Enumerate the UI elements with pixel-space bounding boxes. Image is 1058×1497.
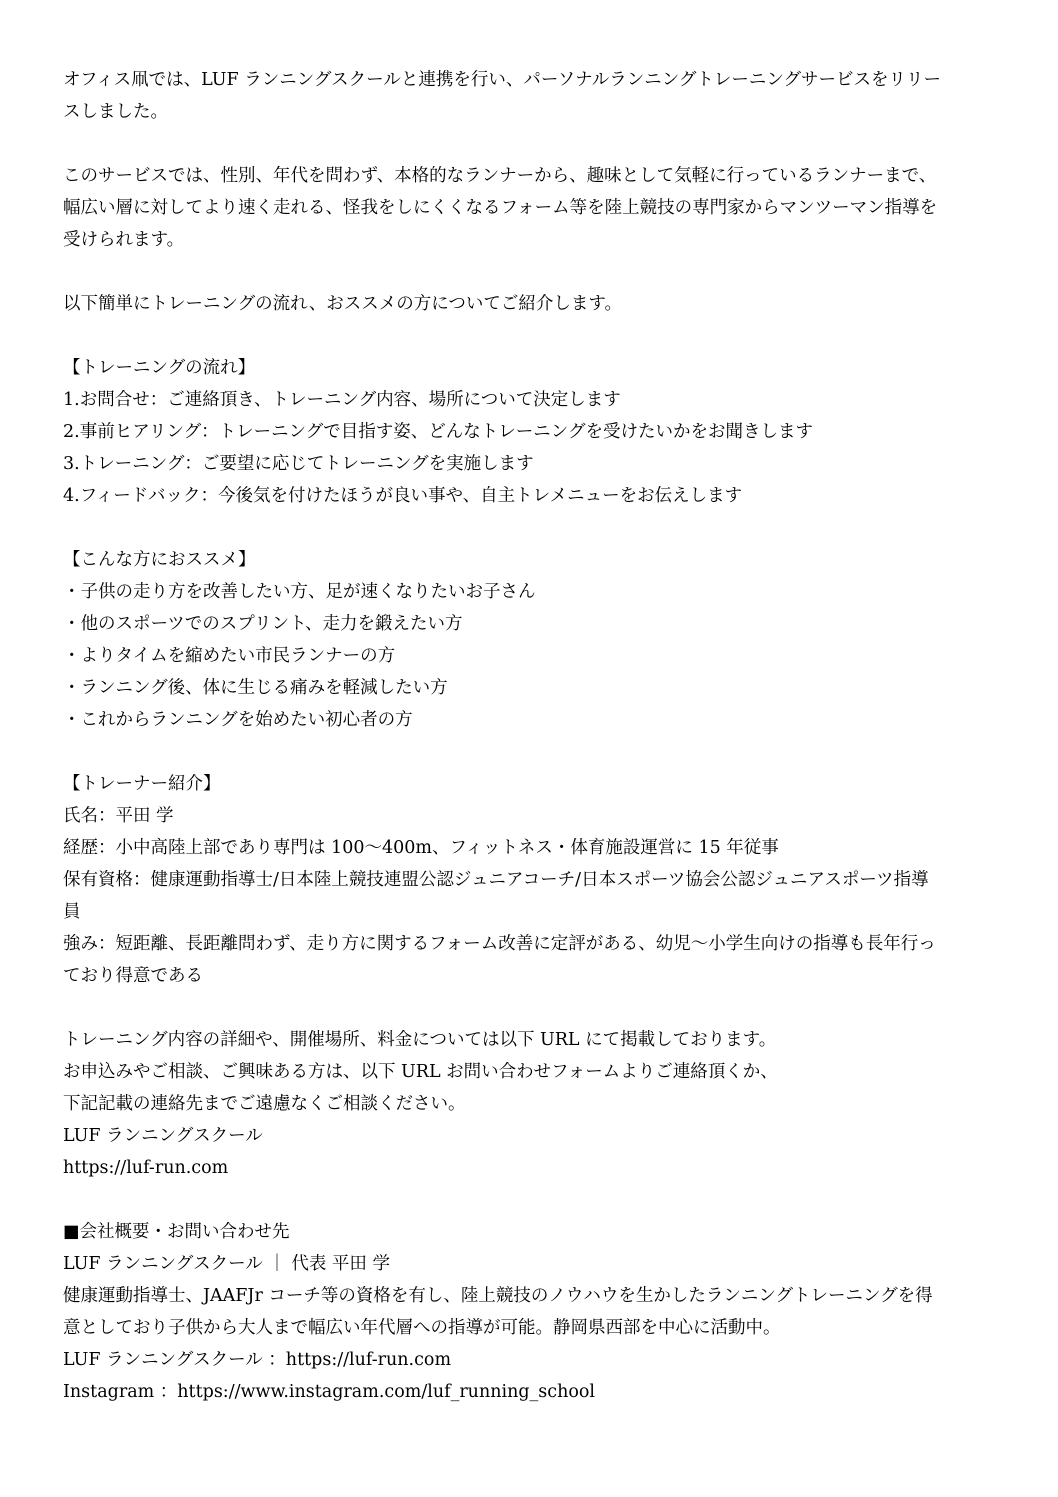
section-heading: 【トレーニングの流れ】 xyxy=(63,352,998,384)
flow-step: 1.お問合せ：ご連絡頂き、トレーニング内容、場所について決定します xyxy=(63,384,998,416)
lead-text: 以下簡単にトレーニングの流れ、おススメの方についてご紹介します。 xyxy=(63,288,998,320)
company-description: 意としており子供から大人まで幅広い年代層への指導が可能。静岡県西部を中心に活動中… xyxy=(63,1312,998,1344)
trainer-qualifications: 保有資格：健康運動指導士/日本陸上競技連盟公認ジュニアコーチ/日本スポーツ協会公… xyxy=(63,864,998,896)
recommend-item: ・他のスポーツでのスプリント、走力を鍛えたい方 xyxy=(63,608,998,640)
training-flow-section: 【トレーニングの流れ】 1.お問合せ：ご連絡頂き、トレーニング内容、場所について… xyxy=(63,352,998,512)
recommend-item: ・子供の走り方を改善したい方、足が速くなりたいお子さん xyxy=(63,576,998,608)
intro-line: オフィス凧では、LUF ランニングスクールと連携を行い、パーソナルランニングトレ… xyxy=(63,64,998,96)
section-heading: ■会社概要・お問い合わせ先 xyxy=(63,1216,998,1248)
flow-step: 3.トレーニング：ご要望に応じてトレーニングを実施します xyxy=(63,448,998,480)
spacer xyxy=(63,128,998,160)
trainer-strengths: ており得意である xyxy=(63,960,998,992)
document-page: オフィス凧では、LUF ランニングスクールと連携を行い、パーソナルランニングトレ… xyxy=(63,64,998,1408)
service-line: 受けられます。 xyxy=(63,224,998,256)
contact-line: 下記記載の連絡先までご遠慮なくご相談ください。 xyxy=(63,1088,998,1120)
contact-line: お申込みやご相談、ご興味ある方は、以下 URL お問い合わせフォームよりご連絡頂… xyxy=(63,1056,998,1088)
school-name: LUF ランニングスクール xyxy=(63,1120,998,1152)
service-line: このサービスでは、性別、年代を問わず、本格的なランナーから、趣味として気軽に行っ… xyxy=(63,160,998,192)
recommend-item: ・よりタイムを縮めたい市民ランナーの方 xyxy=(63,640,998,672)
trainer-qualifications: 員 xyxy=(63,896,998,928)
trainer-section: 【トレーナー紹介】 氏名：平田 学 経歴：小中高陸上部であり専門は 100〜40… xyxy=(63,768,998,992)
section-heading: 【こんな方におススメ】 xyxy=(63,544,998,576)
flow-step: 4.フィードバック：今後気を付けたほうが良い事や、自主トレメニューをお伝えします xyxy=(63,480,998,512)
recommend-item: ・ランニング後、体に生じる痛みを軽減したい方 xyxy=(63,672,998,704)
spacer xyxy=(63,1184,998,1216)
recommend-item: ・これからランニングを始めたい初心者の方 xyxy=(63,704,998,736)
contact-line: トレーニング内容の詳細や、開催場所、料金については以下 URL にて掲載しており… xyxy=(63,1024,998,1056)
spacer xyxy=(63,992,998,1024)
school-url-link[interactable]: https://luf-run.com xyxy=(63,1152,998,1184)
service-line: 幅広い層に対してより速く走れる、怪我をしにくくなるフォーム等を陸上競技の専門家か… xyxy=(63,192,998,224)
service-paragraph: このサービスでは、性別、年代を問わず、本格的なランナーから、趣味として気軽に行っ… xyxy=(63,160,998,256)
company-instagram-link[interactable]: Instagram ：https://www.instagram.com/luf… xyxy=(63,1376,998,1408)
spacer xyxy=(63,512,998,544)
trainer-strengths: 強み：短距離、長距離問わず、走り方に関するフォーム改善に定評がある、幼児〜小学生… xyxy=(63,928,998,960)
company-representative: LUF ランニングスクール ｜ 代表 平田 学 xyxy=(63,1248,998,1280)
recommend-section: 【こんな方におススメ】 ・子供の走り方を改善したい方、足が速くなりたいお子さん … xyxy=(63,544,998,736)
trainer-name: 氏名：平田 学 xyxy=(63,800,998,832)
trainer-career: 経歴：小中高陸上部であり専門は 100〜400m、フィットネス・体育施設運営に … xyxy=(63,832,998,864)
company-description: 健康運動指導士、JAAFJr コーチ等の資格を有し、陸上競技のノウハウを生かした… xyxy=(63,1280,998,1312)
spacer xyxy=(63,256,998,288)
spacer xyxy=(63,736,998,768)
flow-step: 2.事前ヒアリング：トレーニングで目指す姿、どんなトレーニングを受けたいかをお聞… xyxy=(63,416,998,448)
spacer xyxy=(63,320,998,352)
intro-paragraph: オフィス凧では、LUF ランニングスクールと連携を行い、パーソナルランニングトレ… xyxy=(63,64,998,128)
company-website-link[interactable]: LUF ランニングスクール ：https://luf-run.com xyxy=(63,1344,998,1376)
intro-line: スしました。 xyxy=(63,96,998,128)
company-section: ■会社概要・お問い合わせ先 LUF ランニングスクール ｜ 代表 平田 学 健康… xyxy=(63,1216,998,1408)
section-heading: 【トレーナー紹介】 xyxy=(63,768,998,800)
contact-info-section: トレーニング内容の詳細や、開催場所、料金については以下 URL にて掲載しており… xyxy=(63,1024,998,1184)
